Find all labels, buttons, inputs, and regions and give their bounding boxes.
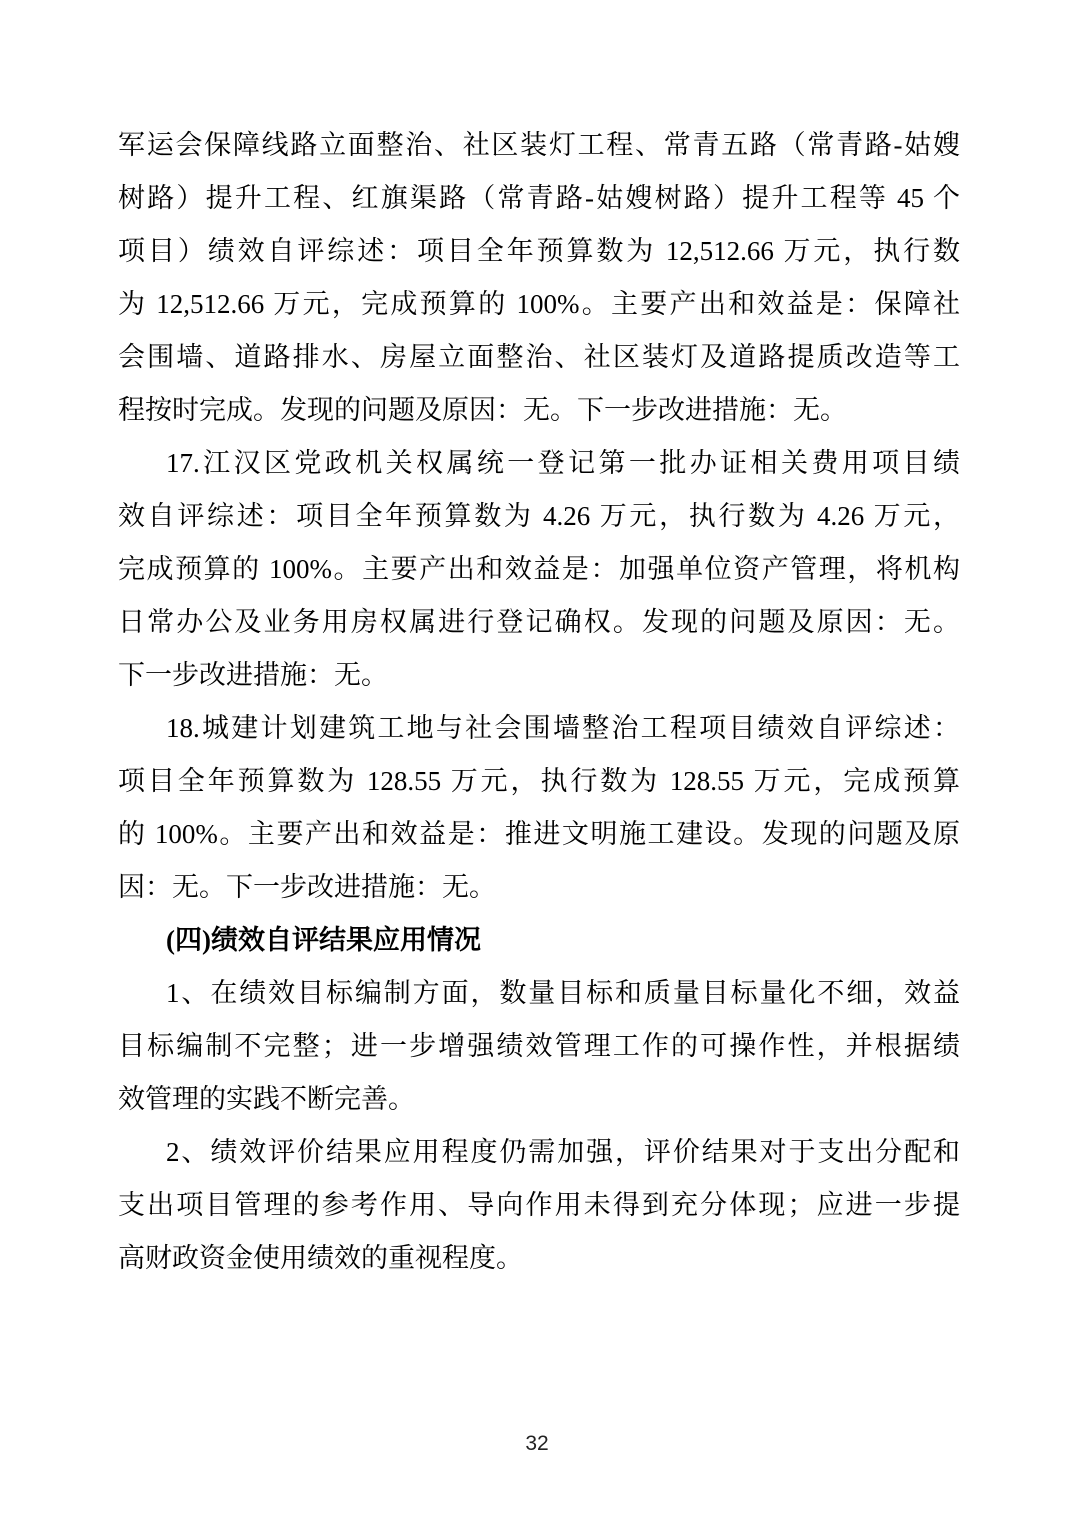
text-line: 完成预算的 100%。主要产出和效益是：加强单位资产管理，将机构: [118, 543, 960, 596]
text-line: 下一步改进措施：无。: [118, 649, 960, 702]
text-line: 支出项目管理的参考作用、导向作用未得到充分体现；应进一步提: [118, 1179, 960, 1232]
text-line: 2、绩效评价结果应用程度仍需加强，评价结果对于支出分配和: [118, 1126, 960, 1179]
section-heading: (四)绩效自评结果应用情况: [118, 914, 960, 967]
text-line: 项目全年预算数为 128.55 万元，执行数为 128.55 万元，完成预算: [118, 755, 960, 808]
text-line: 为 12,512.66 万元，完成预算的 100%。主要产出和效益是：保障社: [118, 278, 960, 331]
text-line: 效自评综述：项目全年预算数为 4.26 万元，执行数为 4.26 万元，: [118, 490, 960, 543]
text-line: 目标编制不完整；进一步增强绩效管理工作的可操作性，并根据绩: [118, 1020, 960, 1073]
page-number: 32: [0, 1432, 1074, 1456]
text-line: 程按时完成。发现的问题及原因：无。下一步改进措施：无。: [118, 384, 960, 437]
text-line: 因：无。下一步改进措施：无。: [118, 861, 960, 914]
text-line: 18.城建计划建筑工地与社会围墙整治工程项目绩效自评综述：: [118, 702, 960, 755]
text-line: 1、在绩效目标编制方面，数量目标和质量目标量化不细，效益: [118, 967, 960, 1020]
document-page: 军运会保障线路立面整治、社区装灯工程、常青五路（常青路-姑嫂 树路）提升工程、红…: [0, 0, 1074, 1520]
document-body: 军运会保障线路立面整治、社区装灯工程、常青五路（常青路-姑嫂 树路）提升工程、红…: [118, 119, 960, 1285]
text-line: 军运会保障线路立面整治、社区装灯工程、常青五路（常青路-姑嫂: [118, 119, 960, 172]
text-line: 的 100%。主要产出和效益是：推进文明施工建设。发现的问题及原: [118, 808, 960, 861]
text-line: 项目）绩效自评综述：项目全年预算数为 12,512.66 万元，执行数: [118, 225, 960, 278]
text-line: 效管理的实践不断完善。: [118, 1073, 960, 1126]
text-line: 高财政资金使用绩效的重视程度。: [118, 1232, 960, 1285]
text-line: 日常办公及业务用房权属进行登记确权。发现的问题及原因：无。: [118, 596, 960, 649]
text-line: 17.江汉区党政机关权属统一登记第一批办证相关费用项目绩: [118, 437, 960, 490]
text-line: 会围墙、道路排水、房屋立面整治、社区装灯及道路提质改造等工: [118, 331, 960, 384]
text-line: 树路）提升工程、红旗渠路（常青路-姑嫂树路）提升工程等 45 个: [118, 172, 960, 225]
